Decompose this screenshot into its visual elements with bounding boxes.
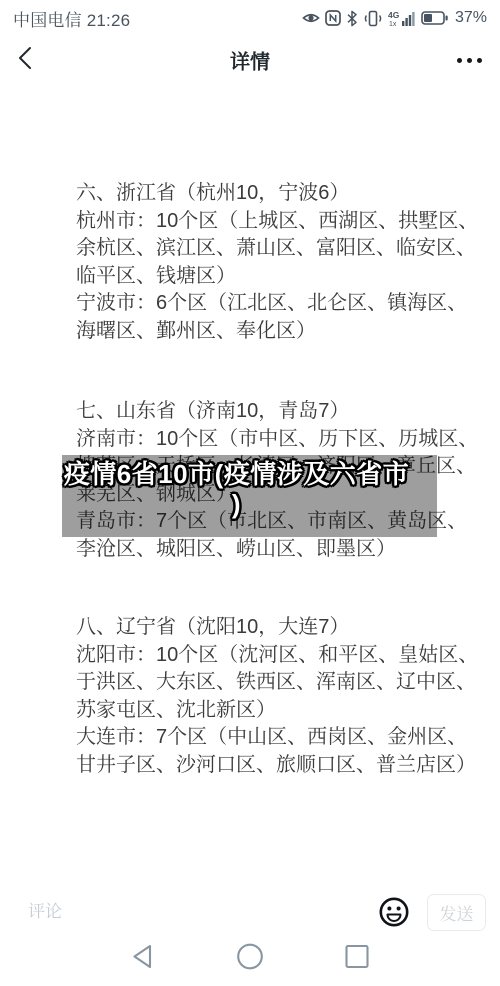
comment-bar: 发送	[0, 888, 500, 936]
nav-home-circle-icon[interactable]	[236, 943, 264, 976]
signal-4g-icon: 4G 1x	[388, 10, 416, 27]
back-button[interactable]	[18, 47, 44, 73]
text-line: 八、辽宁省（沈阳10，大连7）	[76, 614, 486, 642]
text-line: 沈阳市：10个区（沈河区、和平区、皇姑区、	[76, 642, 486, 670]
text-line: 海曙区、鄞州区、奉化区）	[76, 318, 486, 346]
bluetooth-icon	[346, 10, 358, 27]
nav-recents-square-icon[interactable]	[344, 944, 370, 975]
text-line: 余杭区、滨江区、萧山区、富阳区、临安区、	[76, 235, 486, 263]
eye-icon	[302, 11, 320, 25]
svg-text:1x: 1x	[389, 21, 397, 27]
carrier-label: 中国电信	[13, 11, 82, 30]
android-nav-bar	[0, 932, 500, 986]
province-block-liaoning: 八、辽宁省（沈阳10，大连7） 沈阳市：10个区（沈河区、和平区、皇姑区、 于洪…	[76, 614, 486, 779]
comment-input[interactable]	[14, 902, 377, 922]
text-line: 槐荫区、天桥区、长清区、济阳区、章丘区、	[76, 453, 486, 481]
more-button[interactable]	[457, 54, 482, 67]
page-title: 详情	[230, 46, 270, 75]
nfc-icon	[325, 10, 341, 26]
back-chevron-icon	[18, 46, 32, 75]
text-line: 七、山东省（济南10，青岛7）	[76, 398, 486, 426]
nav-back-triangle-icon[interactable]	[130, 943, 156, 976]
battery-percent-label: 37%	[455, 9, 487, 27]
more-ellipsis-icon	[457, 58, 482, 63]
text-line: 李沧区、城阳区、崂山区、即墨区）	[76, 536, 486, 564]
text-line: 临平区、钱塘区）	[76, 263, 486, 291]
text-line: 济南市：10个区（市中区、历下区、历城区、	[76, 426, 486, 454]
status-bar: 中国电信 21:26 4G 1x	[0, 0, 500, 36]
phone-screen: 中国电信 21:26 4G 1x	[0, 0, 500, 986]
send-button[interactable]: 发送	[427, 894, 486, 931]
text-line: 宁波市：6个区（江北区、北仑区、镇海区、	[76, 290, 486, 318]
status-icons: 4G 1x 37%	[302, 9, 487, 27]
battery-icon	[421, 11, 448, 25]
province-block-zhejiang: 六、浙江省（杭州10，宁波6） 杭州市：10个区（上城区、西湖区、拱墅区、 余杭…	[76, 180, 486, 345]
text-line: 大连市：7个区（中山区、西岗区、金州区、	[76, 724, 486, 752]
text-line: 青岛市：7个区（市北区、市南区、黄岛区、	[76, 508, 486, 536]
emoji-button[interactable]	[377, 895, 411, 929]
text-line: 于洪区、大东区、铁西区、浑南区、辽中区、	[76, 669, 486, 697]
carrier-and-time: 中国电信 21:26	[13, 6, 130, 31]
smiley-emoji-icon	[377, 916, 411, 933]
text-line: 苏家屯区、沈北新区）	[76, 697, 486, 725]
clock-label: 21:26	[87, 11, 131, 30]
vibrate-icon	[363, 10, 383, 27]
province-block-shandong: 七、山东省（济南10，青岛7） 济南市：10个区（市中区、历下区、历城区、 槐荫…	[76, 398, 486, 563]
text-line: 杭州市：10个区（上城区、西湖区、拱墅区、	[76, 208, 486, 236]
text-line: 甘井子区、沙河口区、旅顺口区、普兰店区）	[76, 752, 486, 780]
text-line: 莱芜区、钢城区）	[76, 481, 486, 509]
text-line: 六、浙江省（杭州10，宁波6）	[76, 180, 486, 208]
nav-header: 详情	[0, 36, 500, 84]
svg-text:4G: 4G	[388, 10, 400, 20]
